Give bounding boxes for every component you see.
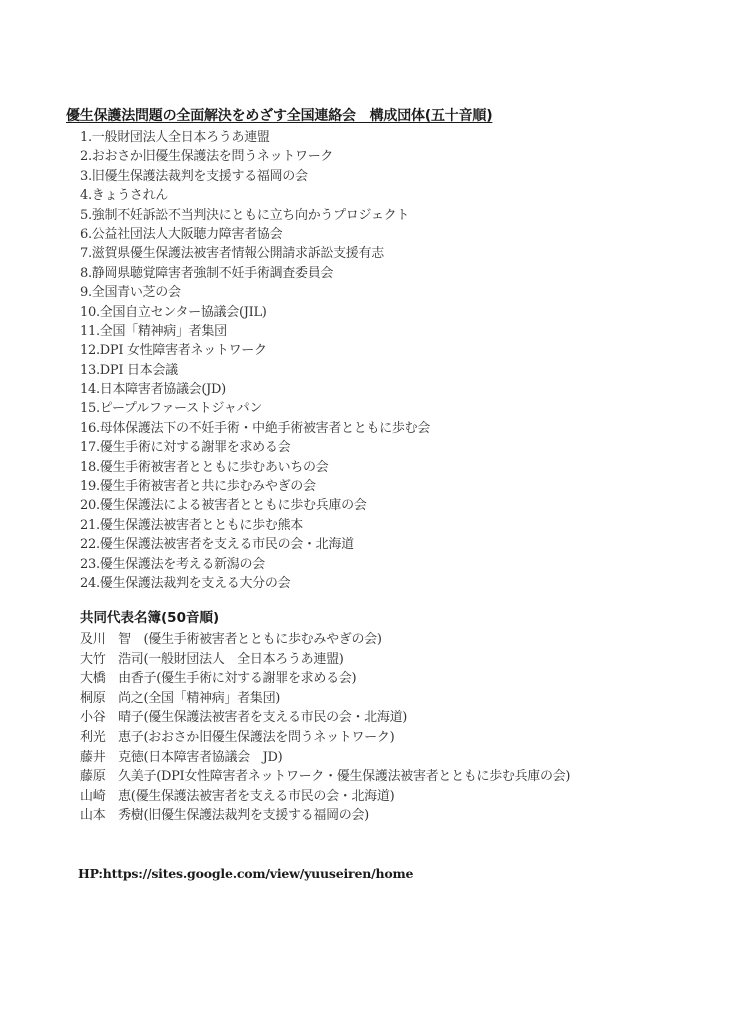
organization-item: 20.優生保護法による被害者とともに歩む兵庫の会 bbox=[80, 496, 430, 515]
organization-item: 8.静岡県聴覚障害者強制不妊手術調査委員会 bbox=[80, 264, 430, 283]
organization-item: 9.全国青い芝の会 bbox=[80, 283, 430, 302]
representative-item: 桐原 尚之(全国「精神病」者集団) bbox=[80, 689, 570, 709]
document-page: 優生保護法問題の全面解決をめざす全国連絡会 構成団体(五十音順) 1.一般財団法… bbox=[0, 0, 732, 1024]
organization-item: 21.優生保護法被害者とともに歩む熊本 bbox=[80, 516, 430, 535]
homepage-link[interactable]: HP:https://sites.google.com/view/yuuseir… bbox=[78, 866, 413, 882]
organization-item: 12.DPI 女性障害者ネットワーク bbox=[80, 341, 430, 360]
organization-item: 5.強制不妊訴訟不当判決にともに立ち向かうプロジェクト bbox=[80, 206, 430, 225]
organization-item: 11.全国「精神病」者集団 bbox=[80, 322, 430, 341]
representative-item: 大橋 由香子(優生手術に対する謝罪を求める会) bbox=[80, 669, 570, 689]
organization-item: 14.日本障害者協議会(JD) bbox=[80, 380, 430, 399]
representatives-heading: 共同代表名簿(50音順) bbox=[80, 609, 219, 627]
organization-item: 2.おおさか旧優生保護法を問うネットワーク bbox=[80, 147, 430, 166]
representative-item: 藤井 克徳(日本障害者協議会 JD) bbox=[80, 748, 570, 768]
organization-item: 3.旧優生保護法裁判を支援する福岡の会 bbox=[80, 167, 430, 186]
representative-item: 山崎 恵(優生保護法被害者を支える市民の会・北海道) bbox=[80, 787, 570, 807]
representative-item: 山本 秀樹(旧優生保護法裁判を支援する福岡の会) bbox=[80, 806, 570, 826]
organization-item: 1.一般財団法人全日本ろうあ連盟 bbox=[80, 128, 430, 147]
representatives-list: 及川 智 (優生手術被害者とともに歩むみやぎの会) 大竹 浩司(一般財団法人 全… bbox=[80, 630, 570, 826]
organization-item: 7.滋賀県優生保護法被害者情報公開請求訴訟支援有志 bbox=[80, 244, 430, 263]
organization-item: 10.全国自立センター協議会(JIL) bbox=[80, 303, 430, 322]
organization-item: 24.優生保護法裁判を支える大分の会 bbox=[80, 574, 430, 593]
member-organization-list: 1.一般財団法人全日本ろうあ連盟 2.おおさか旧優生保護法を問うネットワーク 3… bbox=[80, 128, 430, 593]
organization-item: 22.優生保護法被害者を支える市民の会・北海道 bbox=[80, 535, 430, 554]
document-title: 優生保護法問題の全面解決をめざす全国連絡会 構成団体(五十音順) bbox=[66, 107, 492, 125]
representative-item: 藤原 久美子(DPI女性障害者ネットワーク・優生保護法被害者とともに歩む兵庫の会… bbox=[80, 767, 570, 787]
organization-item: 4.きょうされん bbox=[80, 186, 430, 205]
organization-item: 19.優生手術被害者と共に歩むみやぎの会 bbox=[80, 477, 430, 496]
representative-item: 利光 恵子(おおさか旧優生保護法を問うネットワーク) bbox=[80, 728, 570, 748]
representative-item: 小谷 晴子(優生保護法被害者を支える市民の会・北海道) bbox=[80, 708, 570, 728]
organization-item: 18.優生手術被害者とともに歩むあいちの会 bbox=[80, 458, 430, 477]
organization-item: 15.ピープルファーストジャパン bbox=[80, 399, 430, 418]
organization-item: 13.DPI 日本会議 bbox=[80, 361, 430, 380]
organization-item: 17.優生手術に対する謝罪を求める会 bbox=[80, 438, 430, 457]
representative-item: 大竹 浩司(一般財団法人 全日本ろうあ連盟) bbox=[80, 650, 570, 670]
organization-item: 6.公益社団法人大阪聴力障害者協会 bbox=[80, 225, 430, 244]
organization-item: 16.母体保護法下の不妊手術・中絶手術被害者とともに歩む会 bbox=[80, 419, 430, 438]
representative-item: 及川 智 (優生手術被害者とともに歩むみやぎの会) bbox=[80, 630, 570, 650]
organization-item: 23.優生保護法を考える新潟の会 bbox=[80, 555, 430, 574]
